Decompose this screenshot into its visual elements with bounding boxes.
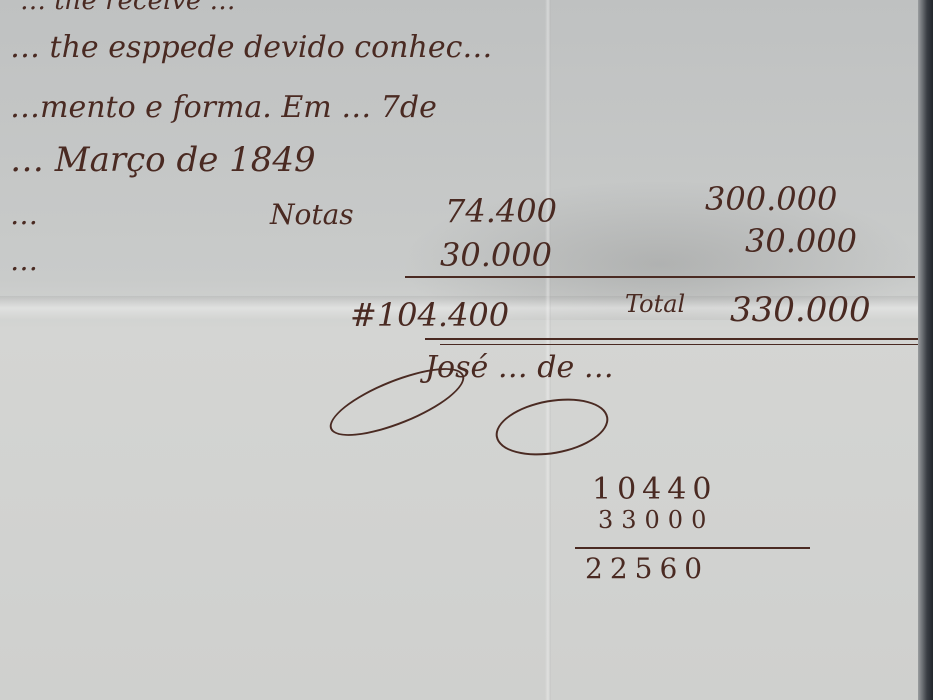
signature-flourish-loop [491, 391, 613, 464]
total-amount: 104.400 [377, 296, 509, 334]
total-label: Total [625, 290, 685, 318]
calc-rule [575, 547, 810, 549]
account-row-1-sublabel: Notas [270, 198, 354, 231]
sum-rule [405, 276, 915, 278]
total-prefix: # [350, 296, 377, 334]
account-row-1-value: 300.000 [705, 180, 837, 218]
total-rule-1 [425, 338, 918, 340]
text-line-1: … the receive … [20, 0, 236, 16]
background-edge [918, 0, 933, 700]
account-row-2-label: … [10, 244, 38, 277]
text-line-3: …mento e forma. Em … 7de [10, 90, 437, 125]
calc-subtrahend: 33000 [598, 506, 714, 534]
calc-result: 22560 [585, 552, 709, 585]
calc-minuend: 10440 [592, 472, 717, 507]
total-value: 330.000 [730, 290, 871, 330]
account-row-1-amount: 74.400 [445, 192, 557, 230]
text-line-4-date: … Março de 1849 [10, 140, 316, 180]
document-page: … the receive … … the esppede devido con… [0, 0, 918, 700]
total-row: #104.400 [350, 296, 509, 334]
account-row-1-label: … [10, 198, 38, 231]
text-line-2: … the esppede devido conhec… [10, 30, 492, 65]
account-row-2-value: 30.000 [745, 222, 857, 260]
total-rule-2 [440, 344, 918, 345]
account-row-2-amount: 30.000 [440, 236, 552, 274]
signature-flourish-left [322, 355, 472, 450]
